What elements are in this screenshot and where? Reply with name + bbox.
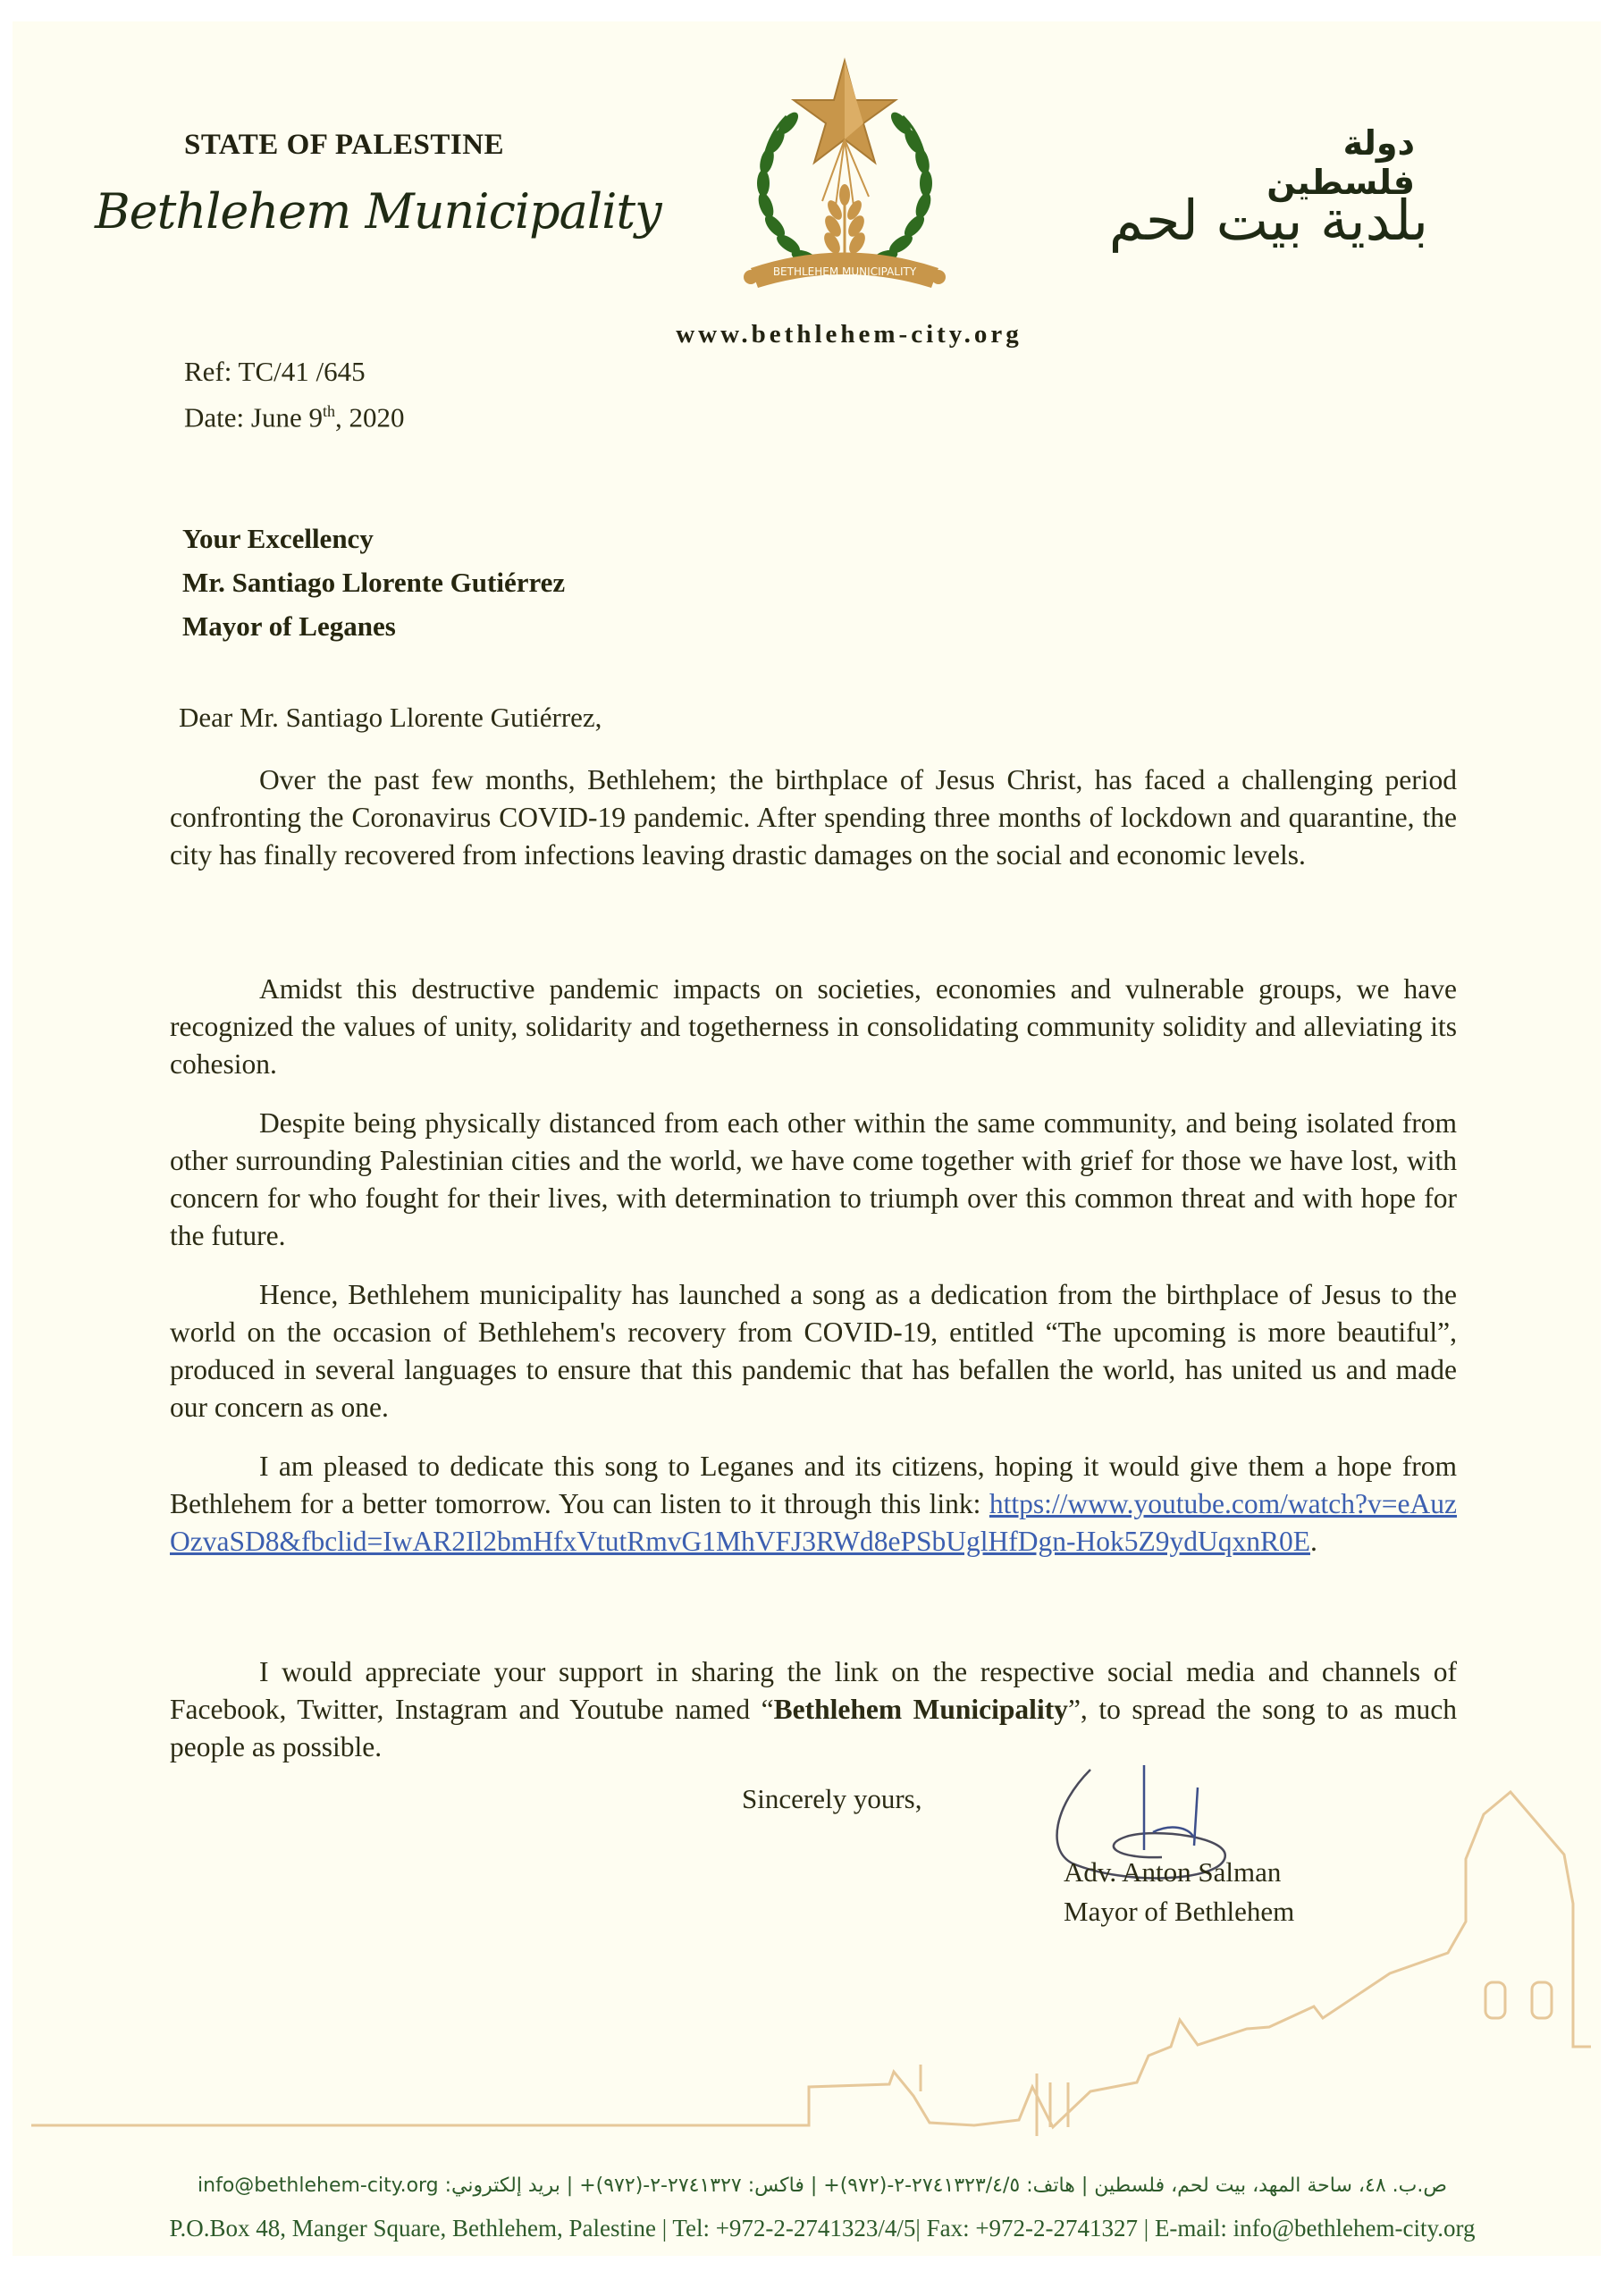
svg-text:BETHLEHEM MUNICIPALITY: BETHLEHEM MUNICIPALITY <box>773 265 917 278</box>
municipality-title-en: Bethlehem Municipality <box>95 183 661 240</box>
state-title-en: STATE OF PALESTINE <box>184 129 504 162</box>
signatory-name: Adv. Anton Salman <box>1064 1853 1294 1892</box>
paragraph-6: I would appreciate your support in shari… <box>170 1653 1457 1766</box>
paragraph-3: Despite being physically distanced from … <box>170 1105 1457 1255</box>
paragraph-1: Over the past few months, Bethlehem; the… <box>170 761 1457 874</box>
recipient-title: Mayor of Leganes <box>182 604 565 648</box>
signatory-block: Adv. Anton Salman Mayor of Bethlehem <box>1064 1853 1294 1931</box>
footer-contact-english: P.O.Box 48, Manger Square, Bethlehem, Pa… <box>89 2215 1555 2242</box>
paragraph-5: I am pleased to dedicate this song to Le… <box>170 1448 1457 1560</box>
signatory-title: Mayor of Bethlehem <box>1064 1892 1294 1931</box>
website-link[interactable]: www.bethlehem-city.org <box>652 320 1046 349</box>
reference-block: Ref: TC/41 /645 Date: June 9th, 2020 <box>184 351 404 437</box>
reference-number: Ref: TC/41 /645 <box>184 351 404 391</box>
paragraph-2: Amidst this destructive pandemic impacts… <box>170 971 1457 1083</box>
municipality-title-ar: بلدية بيت لحم <box>1090 188 1428 253</box>
recipient-block: Your Excellency Mr. Santiago Llorente Gu… <box>182 517 565 648</box>
valediction: Sincerely yours, <box>742 1783 921 1815</box>
salutation: Dear Mr. Santiago Llorente Gutiérrez, <box>179 702 602 734</box>
recipient-honorific: Your Excellency <box>182 517 565 560</box>
social-account-name: Bethlehem Municipality <box>774 1694 1068 1725</box>
footer-contact-arabic: ص.ب. ٤٨، ساحة المهد، بيت لحم، فلسطين | ه… <box>89 2174 1555 2197</box>
bethlehem-emblem-icon: BETHLEHEM MUNICIPALITY <box>724 54 965 299</box>
letter-date: Date: June 9th, 2020 <box>184 391 404 437</box>
recipient-name: Mr. Santiago Llorente Gutiérrez <box>182 560 565 604</box>
paragraph-4: Hence, Bethlehem municipality has launch… <box>170 1276 1457 1426</box>
